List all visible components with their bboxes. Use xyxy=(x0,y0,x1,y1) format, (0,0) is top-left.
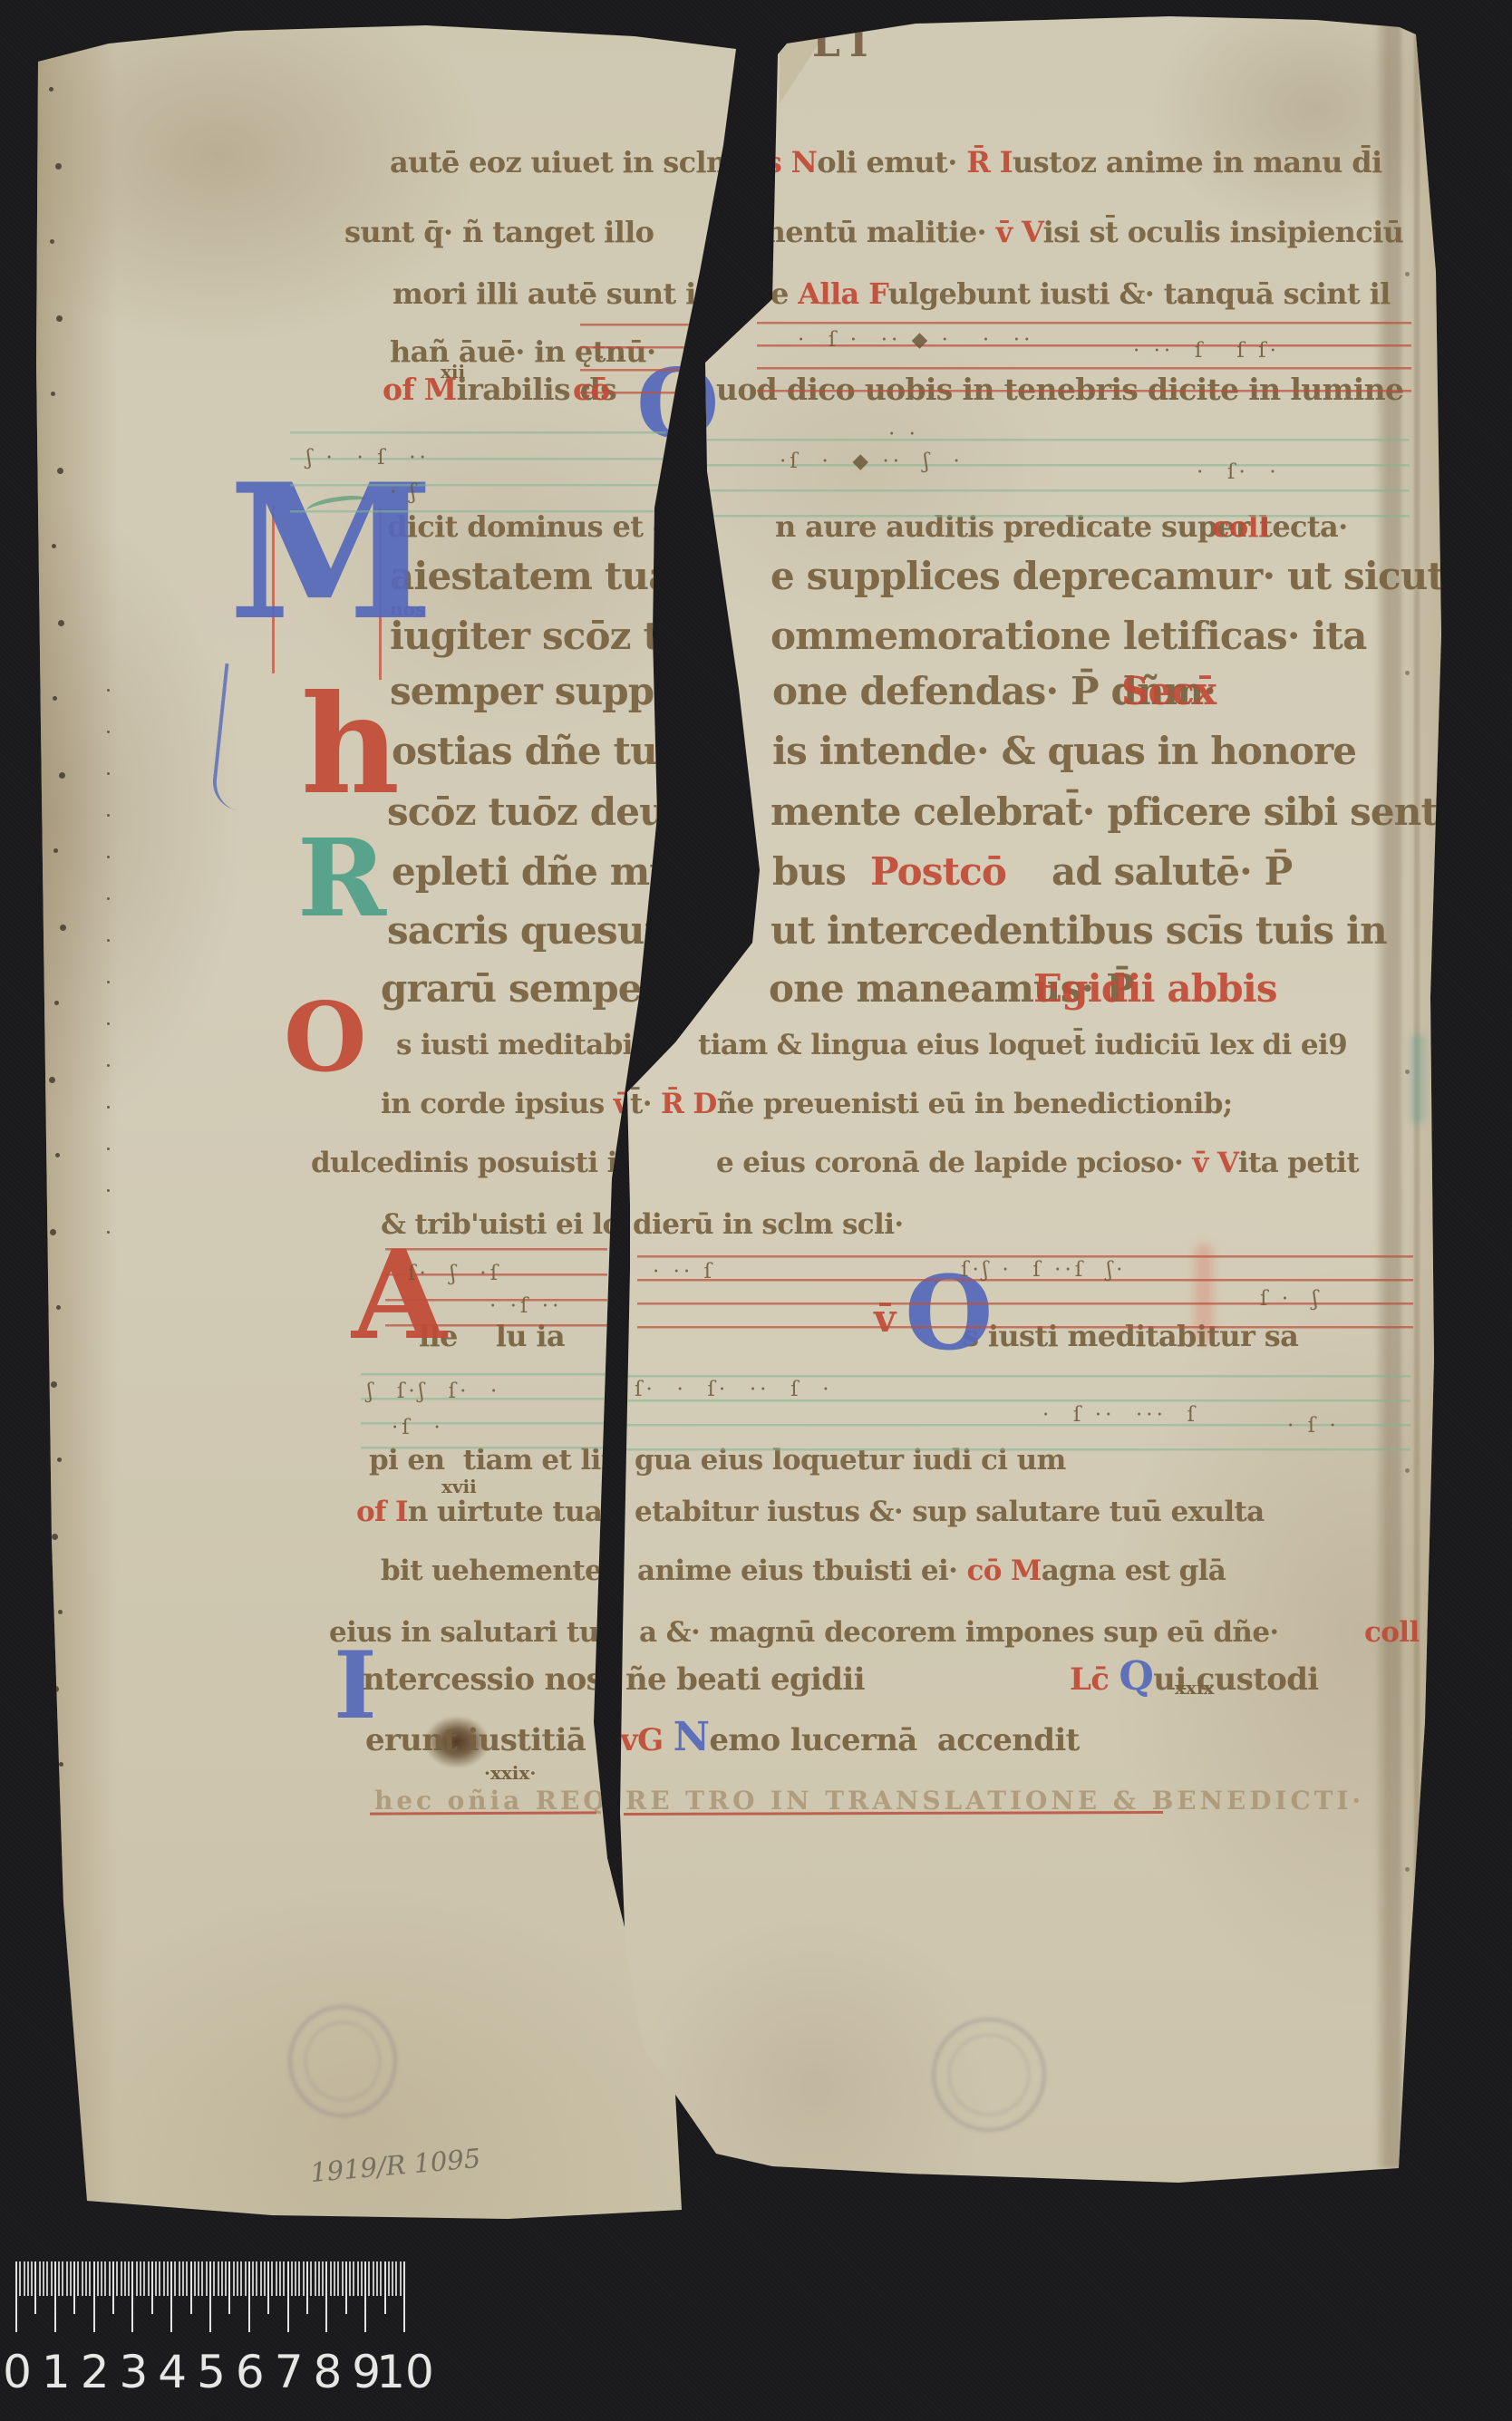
neume-marks: · ſ · ·· ◆ · · ·· xyxy=(798,328,1033,352)
text-segment: Alla xyxy=(798,276,868,311)
pricking-hole xyxy=(107,814,110,817)
sewing-hole xyxy=(51,1381,57,1388)
manuscript-text-line: dulcedinis posuisti in ca xyxy=(311,1149,681,1177)
illuminated-initial-h: h xyxy=(301,691,400,799)
ruler-tick xyxy=(19,2261,21,2296)
sewing-hole xyxy=(53,696,57,701)
neume-marks: ·ſ · xyxy=(392,1416,444,1439)
pricking-hole xyxy=(107,897,110,900)
manuscript-text-line: ñe beati egidii xyxy=(625,1664,865,1695)
neume-marks: · ·· ſ ſ ſ· xyxy=(1133,339,1280,363)
ruler-tick xyxy=(287,2261,289,2332)
ruler-tick xyxy=(245,2261,247,2296)
sewing-hole xyxy=(54,1001,59,1005)
manuscript-photo: 1919/R 1095 autē eoz uiuet in sclmsunt q… xyxy=(0,0,1512,2421)
ruler-tick xyxy=(400,2261,402,2296)
ruler-tick xyxy=(201,2261,203,2296)
text-segment: isi st̄ oculis insipienciū xyxy=(1043,215,1404,249)
ruler-tick xyxy=(271,2261,273,2296)
text-segment: ita petit xyxy=(1238,1147,1359,1179)
text-segment: mentū malitie· xyxy=(755,215,996,249)
text-segment: etabitur iustus &· sup salutare tuū exul… xyxy=(635,1496,1265,1528)
manuscript-text-line: tiam & lingua eius loquet̄ iudiciū lex d… xyxy=(698,1031,1347,1060)
ruler-tick xyxy=(167,2261,169,2296)
ruler-tick xyxy=(116,2261,118,2296)
text-segment: of xyxy=(383,372,424,407)
manuscript-text-line: sunt q̄· ñ tanget illo xyxy=(344,218,654,247)
text-segment: emo lucernā accendit xyxy=(709,1722,1079,1758)
ruler-tick xyxy=(70,2261,72,2296)
ruler-tick xyxy=(264,2261,266,2296)
manuscript-text-line: eius in salutari tuo gl xyxy=(329,1619,655,1647)
ruler-tick xyxy=(51,2261,53,2296)
ruler-tick xyxy=(240,2261,242,2296)
text-segment: ommemoratione letificas· ita xyxy=(771,614,1366,658)
pricking-hole xyxy=(107,1064,110,1067)
ruler-tick xyxy=(104,2261,106,2296)
pricking-hole xyxy=(107,1189,110,1192)
pricking-hole xyxy=(107,1106,110,1109)
ruler-tick xyxy=(82,2261,83,2296)
ruler-number: 0 xyxy=(3,2346,32,2398)
neume-marks: ſ· · ſ· ·· ſ · xyxy=(635,1378,833,1401)
ruler-tick xyxy=(353,2261,354,2296)
text-segment: e supplices deprecamur· ut sicut xyxy=(771,554,1444,598)
illuminated-initial-o-red: O xyxy=(284,999,366,1075)
teal-smudge xyxy=(1410,1033,1425,1124)
ruler-tick xyxy=(395,2261,397,2296)
manuscript-text-line: p̄s Noli emut· R̄ Iustoz anime in manu d… xyxy=(746,148,1382,177)
ruler-tick xyxy=(384,2261,386,2314)
manuscript-text-line: coll xyxy=(1364,1619,1420,1647)
sewing-hole xyxy=(1405,1867,1410,1872)
text-segment: e xyxy=(771,276,798,311)
ruler-tick xyxy=(194,2261,196,2296)
ruler-tick xyxy=(109,2261,111,2296)
text-segment: Secx̄ xyxy=(1121,669,1216,713)
ruler-tick xyxy=(252,2261,254,2296)
ruler-tick xyxy=(373,2261,374,2296)
manuscript-text-line: is intende· & quas in honore xyxy=(772,732,1356,770)
sewing-hole xyxy=(55,163,62,169)
ruler-tick xyxy=(190,2261,192,2314)
text-segment: ostias dñe tue pl xyxy=(392,729,732,773)
manuscript-text-line: etabitur iustus &· sup salutare tuū exul… xyxy=(635,1498,1265,1526)
ruler-tick xyxy=(143,2261,145,2296)
ruler-tick xyxy=(260,2261,262,2296)
sewing-hole xyxy=(57,468,63,474)
ruler-tick xyxy=(174,2261,176,2296)
text-segment: sunt q̄· ñ tanget illo xyxy=(344,215,654,249)
ruler-tick xyxy=(43,2261,44,2296)
sewing-hole xyxy=(50,239,54,244)
ruler-tick xyxy=(364,2261,366,2332)
ruler-tick xyxy=(380,2261,382,2296)
initial-m-blue-tail xyxy=(210,663,255,810)
ruler-tick xyxy=(159,2261,160,2296)
ruler-tick xyxy=(15,2261,17,2332)
ruler-tick xyxy=(298,2261,300,2296)
sewing-hole xyxy=(52,1534,58,1540)
pricking-hole xyxy=(107,939,110,942)
ruler-number: 8 xyxy=(313,2346,342,2398)
sewing-hole xyxy=(1405,272,1410,276)
ruler-tick xyxy=(310,2261,312,2296)
ruler-tick xyxy=(376,2261,378,2296)
ruler-tick xyxy=(124,2261,126,2296)
ruler-number: 2 xyxy=(81,2346,110,2398)
ruler-tick xyxy=(345,2261,347,2314)
ruler-tick xyxy=(318,2261,320,2296)
ruler-tick xyxy=(213,2261,215,2296)
ruler-tick xyxy=(303,2261,305,2296)
text-segment: coll xyxy=(1364,1616,1420,1649)
text-segment: sacris quesumus xyxy=(387,908,732,953)
text-segment: oli emut· xyxy=(817,145,966,179)
neume-marks: ʃ · · ſ ·· xyxy=(306,446,430,470)
library-stamp-left xyxy=(288,2005,397,2117)
ruler-number: 5 xyxy=(197,2346,226,2398)
neume-marks: · ·· ſ xyxy=(653,1260,715,1283)
text-segment: ut intercedentibus scīs tuis in xyxy=(771,908,1387,953)
shelfmark-note: 1919/R 1095 xyxy=(309,2143,482,2188)
pricking-hole xyxy=(107,689,110,692)
ruler-tick xyxy=(291,2261,293,2296)
superscript-numeral: xvii xyxy=(441,1476,477,1497)
text-segment: ñe preuenisti eū in benedictionib; xyxy=(717,1088,1233,1120)
ruler-tick xyxy=(77,2261,79,2296)
ruler-tick xyxy=(136,2261,138,2296)
text-segment: I xyxy=(395,1496,408,1528)
ruler-tick xyxy=(295,2261,296,2296)
text-segment: R̄ xyxy=(661,1088,693,1120)
manuscript-text-line: dicit dominus et quo xyxy=(387,512,712,541)
ruler-tick xyxy=(121,2261,122,2296)
sewing-hole xyxy=(1405,1468,1410,1473)
ruler-tick xyxy=(163,2261,165,2296)
manuscript-text-line: mori illi autē sunt in xyxy=(393,279,716,308)
sewing-hole xyxy=(53,848,58,853)
ruler-tick xyxy=(315,2261,316,2296)
ruler-tick xyxy=(46,2261,48,2296)
manuscript-text-line: e supplices deprecamur· ut sicut xyxy=(771,557,1444,596)
ruler-tick xyxy=(140,2261,141,2296)
ruler-tick xyxy=(279,2261,281,2296)
manuscript-text-line: bus xyxy=(772,853,846,891)
sewing-hole xyxy=(49,1077,55,1083)
ruler-tick xyxy=(248,2261,250,2332)
text-segment: in corde ipsius xyxy=(381,1088,614,1120)
neume-marks: · · xyxy=(598,346,629,370)
sewing-hole xyxy=(57,1457,62,1462)
sewing-hole xyxy=(1405,671,1410,675)
sewing-hole xyxy=(53,1686,59,1692)
text-segment: ñe beati egidii xyxy=(625,1661,865,1698)
text-segment: p̄s xyxy=(746,145,791,179)
ruler-tick xyxy=(31,2261,33,2296)
ruler-tick xyxy=(325,2261,327,2332)
manuscript-text-line: autē eoz uiuet in sclm xyxy=(390,148,736,177)
text-segment: of xyxy=(356,1496,395,1528)
sewing-hole xyxy=(49,2067,53,2071)
text-segment: Q xyxy=(1119,1652,1153,1700)
text-segment: Egidii abbis xyxy=(1033,966,1277,1011)
ruler-tick xyxy=(170,2261,172,2332)
ruler-tick xyxy=(209,2261,211,2332)
text-segment: scōz tuōz deuota xyxy=(387,789,732,834)
ruler-tick xyxy=(85,2261,87,2296)
manuscript-text-line: a &· magnū decorem impones sup eū dñe· xyxy=(639,1619,1279,1647)
text-segment: v̄ V xyxy=(996,215,1043,249)
ruler-tick xyxy=(182,2261,184,2296)
text-segment: dicit dominus et quo xyxy=(387,509,712,544)
text-segment: agna est glā xyxy=(1042,1554,1226,1587)
ruler-tick xyxy=(97,2261,99,2296)
superscript-numeral: ·xxix· xyxy=(484,1762,536,1784)
ruler-number: 7 xyxy=(275,2346,304,2398)
pricking-hole xyxy=(107,856,110,858)
text-segment: t̄· xyxy=(630,1088,661,1120)
sewing-hole xyxy=(59,1762,63,1767)
text-segment: N xyxy=(791,145,818,179)
ruler-tick xyxy=(392,2261,393,2296)
ruler-number: 3 xyxy=(119,2346,148,2398)
sewing-hole xyxy=(51,392,55,396)
manuscript-text-line: grarū semper ac xyxy=(381,970,720,1008)
library-stamp-right xyxy=(932,2018,1046,2132)
neume-marks: · ʃ xyxy=(390,480,420,504)
text-segment: is intende· & quas in honore xyxy=(772,729,1356,773)
manuscript-text-line: dierū in sclm scli· xyxy=(633,1211,904,1239)
text-segment: dierū in sclm scli· xyxy=(633,1208,904,1241)
text-segment: semper supplicat xyxy=(390,669,744,713)
sewing-hole xyxy=(53,1838,60,1845)
text-segment: grarū semper ac xyxy=(381,966,720,1011)
text-segment: erunt iustitiā dñi xyxy=(365,1722,650,1758)
text-segment: Lc̄ xyxy=(1070,1661,1119,1698)
sewing-hole xyxy=(52,544,56,548)
pricking-hole xyxy=(107,772,110,775)
ruler-tick xyxy=(155,2261,157,2296)
ruler-tick xyxy=(337,2261,339,2296)
ruler-tick xyxy=(267,2261,269,2314)
manuscript-text-line: RE TRO IN TRANSLATIONE & BENEDICTI· xyxy=(625,1788,1364,1814)
sewing-hole xyxy=(59,772,65,779)
ruler-tick xyxy=(34,2261,36,2314)
manuscript-text-line: t̄· R̄ Dñe preuenisti eū in benedictioni… xyxy=(630,1090,1233,1119)
text-segment: cō xyxy=(966,1554,1011,1587)
neume-marks: · ſ · xyxy=(1287,1414,1340,1438)
ruler-tick xyxy=(73,2261,75,2314)
pricking-hole xyxy=(107,731,110,733)
ruler-tick xyxy=(27,2261,29,2296)
ruler-tick xyxy=(101,2261,102,2296)
ruler-tick xyxy=(62,2261,63,2296)
ruler-tick xyxy=(276,2261,277,2296)
manuscript-text-line: vG Nemo lucernā accendit xyxy=(620,1725,1080,1756)
neume-marks: · · xyxy=(888,422,919,446)
ruler-tick xyxy=(334,2261,335,2296)
ruler-number: 10 xyxy=(376,2346,434,2398)
pricking-hole xyxy=(107,1148,110,1150)
ruler-tick xyxy=(148,2261,150,2296)
pricking-hole xyxy=(107,981,110,983)
manuscript-text-line: mente celebrat̄· pficere sibi sentiat xyxy=(771,793,1492,831)
ruler-tick xyxy=(225,2261,227,2296)
ruler-tick xyxy=(89,2261,91,2296)
text-segment: ustoz anime in manu d̄i xyxy=(1013,145,1382,179)
manuscript-text-line: e Alla Fulgebunt iusti &· tanquā scint i… xyxy=(771,279,1391,308)
neume-marks: ʃ ſ·ʃ ſ· · xyxy=(367,1380,500,1403)
ruler-tick xyxy=(151,2261,153,2314)
manuscript-text-line: ommemoratione letificas· ita xyxy=(771,617,1366,655)
music-staff-green xyxy=(290,431,666,513)
ruler-tick xyxy=(306,2261,308,2314)
ruler-tick xyxy=(131,2261,133,2332)
text-segment: e eius coronā de lapide pcioso· xyxy=(716,1147,1192,1179)
text-segment: anime eius tbuisti ei· xyxy=(637,1554,966,1587)
sewing-hole xyxy=(60,925,66,931)
neume-marks: ſ· ʃ ·ſ xyxy=(408,1262,501,1285)
ruler-tick xyxy=(403,2261,405,2332)
text-segment: RE TRO IN TRANSLATIONE & BENEDICTI· xyxy=(625,1786,1364,1816)
manuscript-text-line: of In uirtute tua dñe xyxy=(356,1498,668,1526)
neume-marks: ſ · ʃ xyxy=(1260,1287,1322,1311)
ruler-tick xyxy=(357,2261,359,2296)
text-segment: a &· magnū decorem impones sup eū dñe· xyxy=(639,1616,1279,1649)
text-segment: D xyxy=(693,1088,716,1120)
sewing-hole xyxy=(60,1914,64,1919)
sewing-hole xyxy=(55,1153,60,1157)
text-segment: dulcedinis posuisti in ca xyxy=(311,1147,681,1179)
ruler-tick xyxy=(39,2261,41,2296)
manuscript-text-line: Egidii abbis xyxy=(1033,970,1277,1008)
manuscript-text-line: semper supplicat xyxy=(390,673,744,711)
text-segment: vG xyxy=(620,1722,674,1758)
text-segment: Postcō xyxy=(870,849,1006,894)
neume-marks: ſ·ʃ · ſ ··ſ ʃ· xyxy=(961,1258,1126,1282)
ruler-tick xyxy=(112,2261,114,2314)
ruler-tick xyxy=(388,2261,390,2296)
manuscript-text-line: epleti dñe mune xyxy=(392,853,727,891)
manuscript-text-line: pi en tiam et lin xyxy=(369,1447,621,1475)
text-segment: ntercessio nos q̄s xyxy=(363,1661,651,1698)
ruler-tick xyxy=(330,2261,332,2296)
ruler-tick xyxy=(179,2261,180,2296)
illuminated-initial-i-blue: I xyxy=(334,1650,377,1724)
ruler-tick xyxy=(221,2261,223,2296)
text-segment: M xyxy=(1011,1554,1042,1587)
ruler-tick xyxy=(186,2261,188,2296)
text-segment: mente celebrat̄· pficere sibi sentiat xyxy=(771,789,1492,834)
ruler-tick xyxy=(349,2261,351,2296)
text-segment: aiestatem tuam ē xyxy=(390,554,748,598)
ruler-tick xyxy=(24,2261,25,2296)
sewing-hole xyxy=(55,2143,62,2149)
sewing-hole xyxy=(54,1990,61,1997)
text-segment: ad salutē· P̄ xyxy=(1052,849,1292,894)
ruler-number: 1 xyxy=(42,2346,71,2398)
manuscript-text-line: scōz tuōz deuota xyxy=(387,793,732,831)
ruler-tick xyxy=(368,2261,370,2296)
ruler-tick xyxy=(283,2261,285,2296)
superscript-numeral: xxix xyxy=(1175,1677,1214,1699)
manuscript-text-line: sacris quesumus xyxy=(387,912,732,950)
manuscript-text-line: ut intercedentibus scīs tuis in xyxy=(771,912,1387,950)
neume-marks: · ·ſ ·· xyxy=(489,1294,562,1318)
text-segment: eius in salutari tuo gl xyxy=(329,1616,655,1649)
text-segment: I xyxy=(1000,145,1013,179)
ruler-tick xyxy=(228,2261,230,2314)
text-segment: v̄ V xyxy=(1192,1147,1237,1179)
text-segment: mori illi autē sunt in xyxy=(393,276,716,311)
manuscript-text-line: ostias dñe tue pl xyxy=(392,732,732,770)
page-number: LI xyxy=(812,24,877,63)
ruler-tick xyxy=(342,2261,344,2296)
pricking-hole xyxy=(107,1022,110,1025)
manuscript-text-line: anime eius tbuisti ei· cō Magna est glā xyxy=(637,1557,1226,1585)
manuscript-text-line: Postcō xyxy=(870,853,1006,891)
superscript-numeral: xii xyxy=(441,361,465,383)
sewing-hole xyxy=(58,1610,63,1614)
ruler-tick xyxy=(128,2261,130,2296)
text-segment: ulgebunt iusti &· tanquā scint il xyxy=(888,276,1391,311)
text-segment: epleti dñe mune xyxy=(392,849,727,894)
ruler-tick xyxy=(198,2261,199,2296)
neume-marks: · ſ ·· ··· ſ xyxy=(1042,1403,1198,1427)
text-segment: F xyxy=(868,276,888,311)
ruler-tick xyxy=(54,2261,56,2332)
sewing-hole xyxy=(56,1305,61,1310)
neume-marks: ·ſ · ◆ ·· ʃ · xyxy=(780,450,964,473)
manuscript-text-line: erunt iustitiā dñi xyxy=(365,1725,650,1756)
ruler-number: 6 xyxy=(236,2346,265,2398)
manuscript-text-line: aiestatem tuam ē xyxy=(390,557,748,596)
text-segment: bus xyxy=(772,849,846,894)
manuscript-text-line: Secx̄ xyxy=(1121,673,1216,711)
text-segment: tiam & lingua eius loquet̄ iudiciū lex d… xyxy=(698,1029,1347,1061)
sewing-hole xyxy=(1405,1070,1410,1074)
ruler-tick xyxy=(66,2261,68,2296)
illuminated-initial-r: R xyxy=(297,836,386,921)
neume-marks: · ſ· · xyxy=(1197,460,1280,484)
text-segment: autē eoz uiuet in sclm xyxy=(390,145,736,179)
text-segment: R̄ xyxy=(966,145,999,179)
pricking-hole xyxy=(107,1231,110,1234)
ruler-tick xyxy=(322,2261,324,2296)
ruler-tick xyxy=(58,2261,60,2296)
manuscript-text-line: iugiter scōz tuōz xyxy=(390,617,732,655)
sewing-hole xyxy=(50,1229,56,1235)
text-segment: N xyxy=(674,1713,710,1760)
manuscript-text-line: ntercessio nos q̄s xyxy=(363,1664,651,1695)
manuscript-text-line: mentū malitie· v̄ Visi st̄ oculis insipi… xyxy=(755,218,1403,247)
sewing-hole xyxy=(58,620,64,626)
ruler-tick xyxy=(361,2261,363,2296)
manuscript-text-line: e eius coronā de lapide pcioso· v̄ Vita … xyxy=(716,1149,1359,1177)
ruler-tick xyxy=(233,2261,235,2296)
ruler-tick xyxy=(93,2261,95,2332)
sewing-hole xyxy=(49,87,53,92)
ruler-tick xyxy=(256,2261,257,2296)
ruler-tick xyxy=(206,2261,208,2296)
ruler-tick xyxy=(237,2261,238,2296)
text-segment: iugiter scōz tuōz xyxy=(390,614,732,658)
manuscript-text-line: ad salutē· P̄ xyxy=(1052,853,1292,891)
ruler-tick xyxy=(218,2261,219,2296)
sewing-hole xyxy=(56,315,63,322)
ruler-number: 4 xyxy=(158,2346,187,2398)
